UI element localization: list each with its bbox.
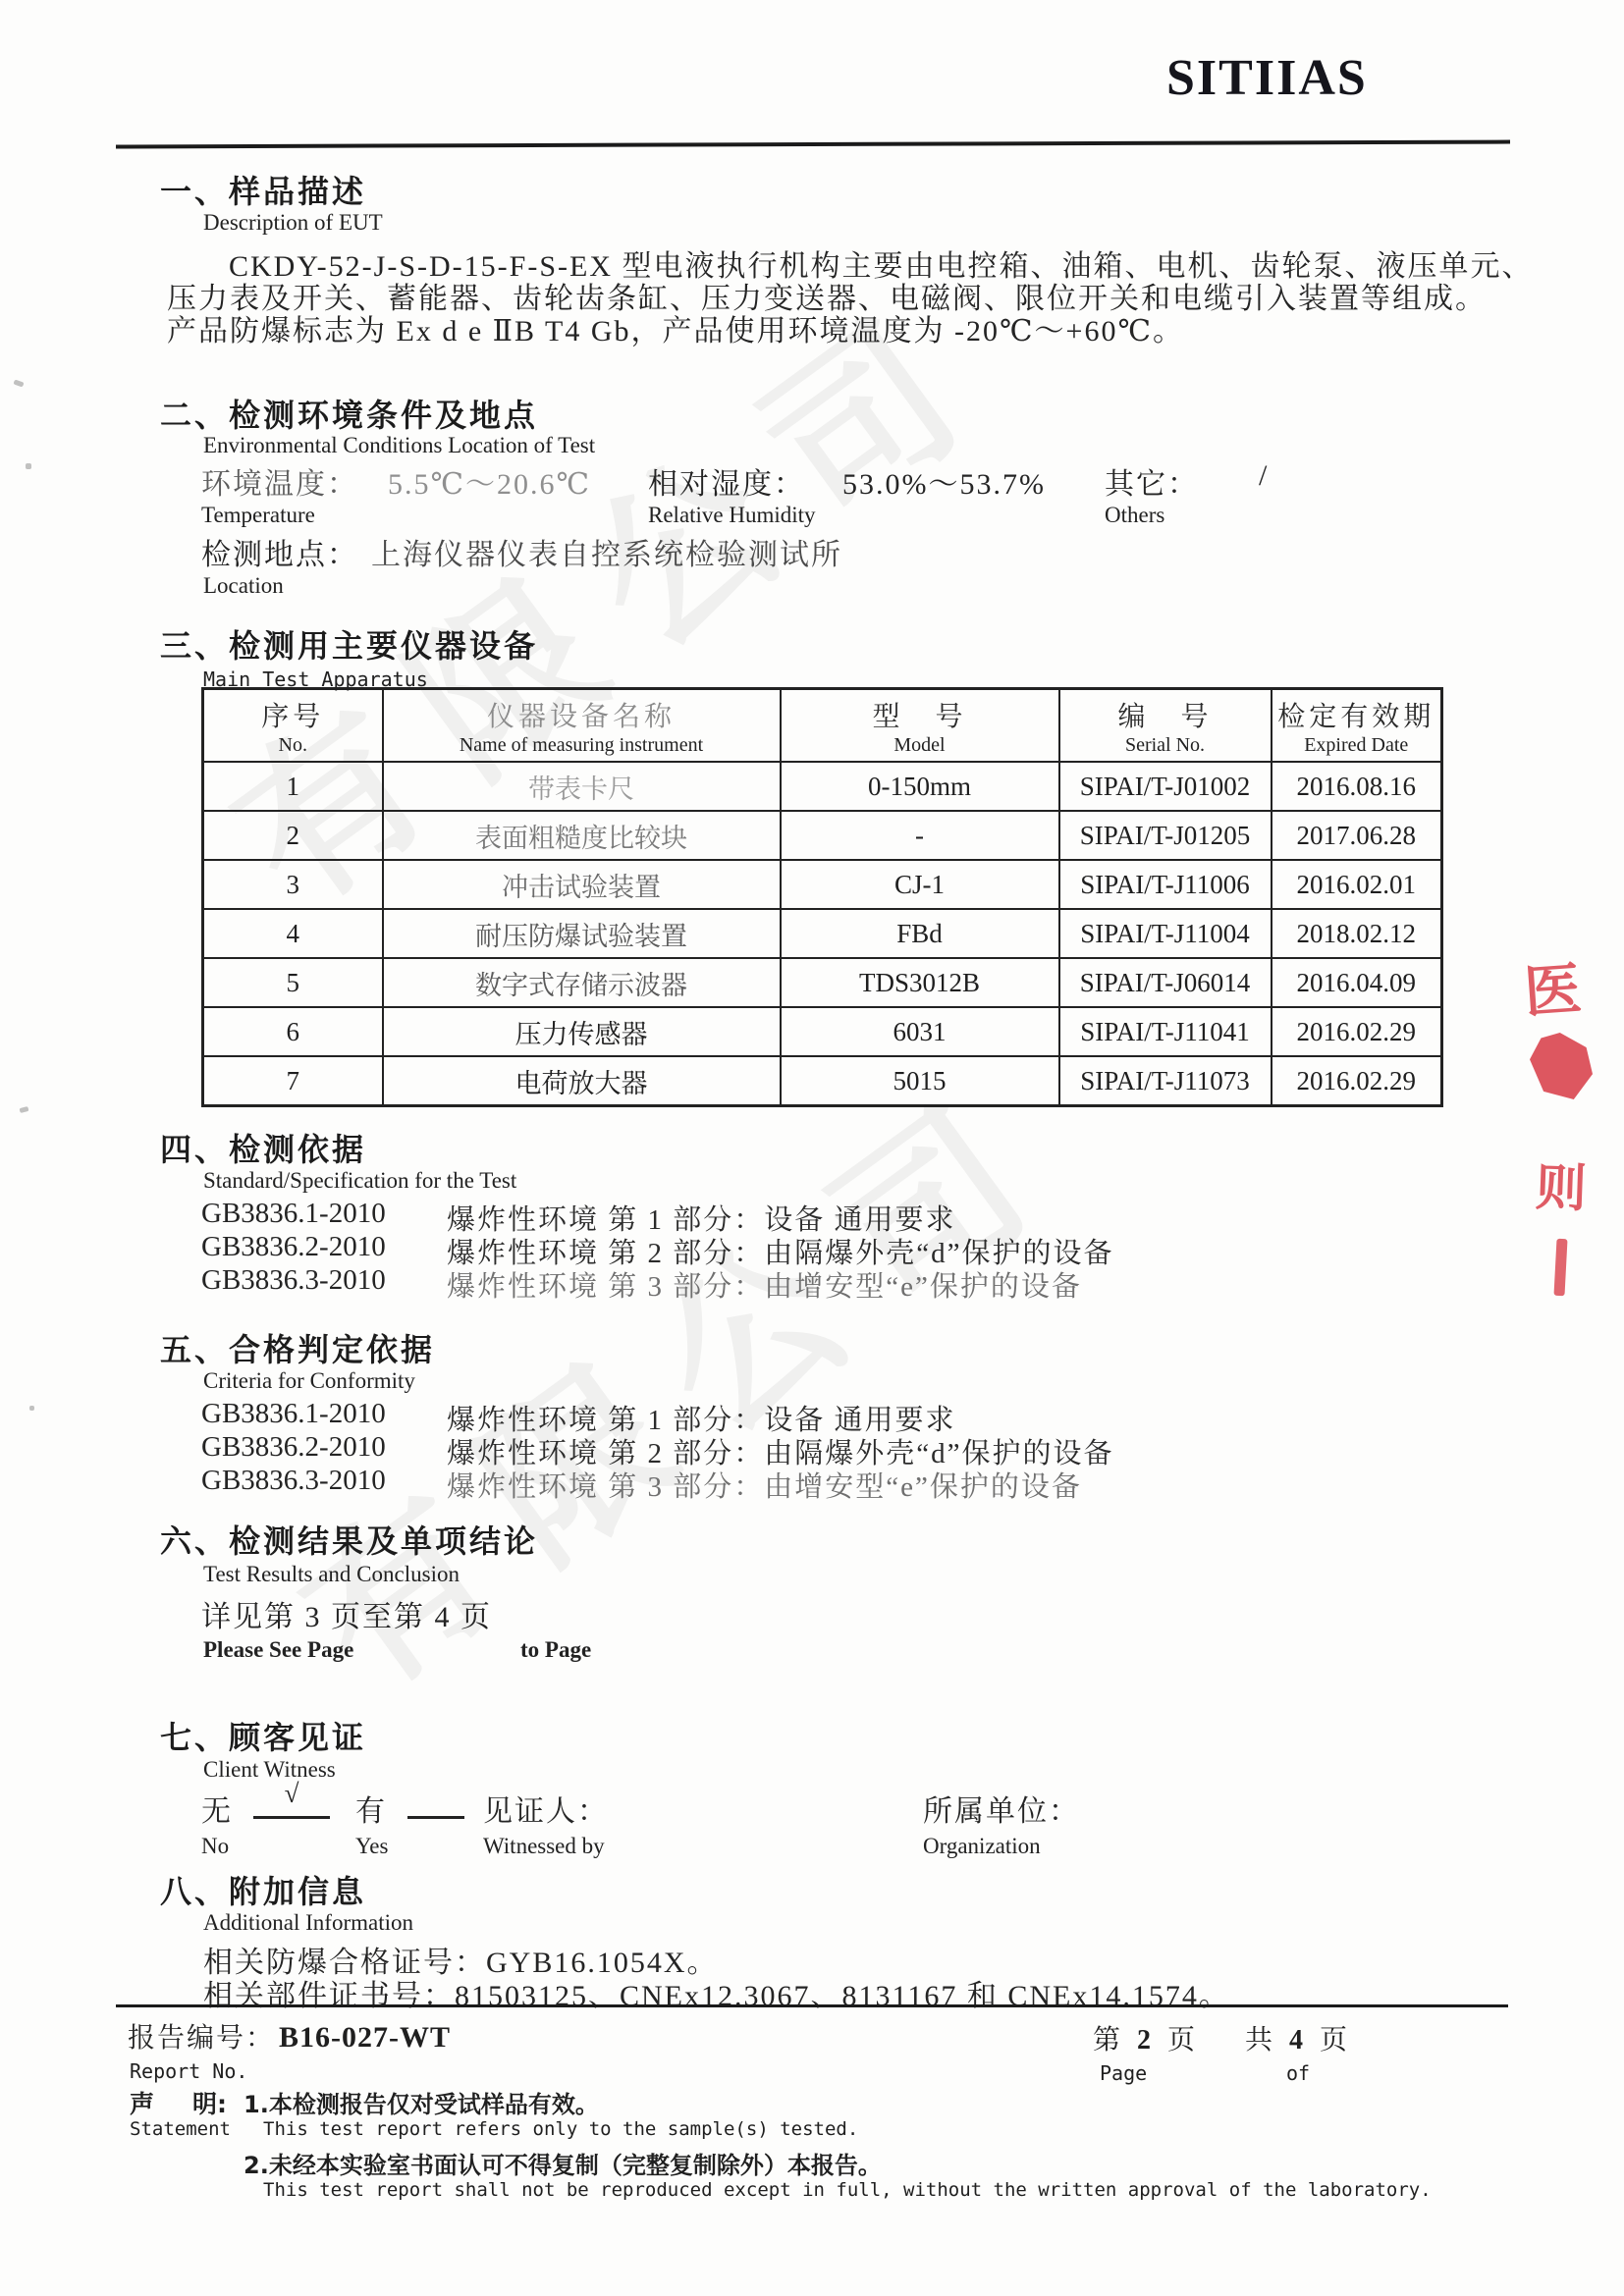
location-label-en: Location	[203, 573, 284, 599]
cell-name: 压力传感器	[383, 1007, 781, 1056]
cell-name: 冲击试验装置	[383, 860, 781, 909]
section-3-heading: 三、检测用主要仪器设备	[160, 621, 538, 667]
cell-model: CJ-1	[781, 860, 1059, 909]
others-value: /	[1259, 459, 1269, 493]
statement-item-2-en: This test report shall not be reproduced…	[263, 2179, 1432, 2201]
section-6-subtitle: Test Results and Conclusion	[203, 1562, 460, 1587]
cell-expired: 2017.06.28	[1272, 811, 1442, 860]
section-8-subtitle: Additional Information	[203, 1910, 413, 1936]
cell-no: 2	[203, 811, 383, 860]
red-stamp-blob	[1530, 1033, 1593, 1099]
cell-no: 3	[203, 860, 383, 909]
humidity-value: 53.0%～53.7%	[842, 459, 1046, 503]
section-2-subtitle: Environmental Conditions Location of Tes…	[203, 433, 595, 458]
page-indicator-of-en: of	[1286, 2061, 1310, 2085]
col-header-expired: 检定有效期Expired Date	[1272, 689, 1442, 763]
cell-name: 耐压防爆试验装置	[383, 909, 781, 958]
eut-description-line-3: 产品防爆标志为 Ex d e ⅡB T4 Gb，产品使用环境温度为 -20℃～+…	[167, 306, 1184, 349]
statement-label-en: Statement	[130, 2118, 231, 2140]
section-5-title: 合格判定依据	[229, 1331, 435, 1368]
page-number: 2	[1137, 2025, 1151, 2056]
criteria-desc: 爆炸性环境 第 3 部分：由增安型“e”保护的设备	[447, 1465, 1082, 1505]
col-header-no-zh: 序号	[204, 695, 382, 734]
section-6-title: 检测结果及单项结论	[229, 1522, 538, 1560]
report-number-line: 报告编号： B16-027-WT	[128, 2016, 451, 2056]
section-1-title: 样品描述	[229, 173, 366, 210]
table-row: 6 压力传感器 6031 SIPAI/T-J11041 2016.02.29	[203, 1007, 1442, 1056]
component-certificates-line: 相关部件证书号：81503125、CNEx12.3067、8131167 和 C…	[203, 1971, 1230, 2014]
table-row: 4 耐压防爆试验装置 FBd SIPAI/T-J11004 2018.02.12	[203, 909, 1442, 958]
statement-item-1-zh: 1.本检测报告仅对受试样品有效。	[244, 2085, 599, 2119]
col-header-expired-zh: 检定有效期	[1272, 695, 1441, 734]
section-1-subtitle: Description of EUT	[203, 210, 383, 236]
red-stamp-bar	[1553, 1239, 1567, 1296]
report-number-en: Report No.	[130, 2059, 247, 2083]
cell-model: 6031	[781, 1007, 1059, 1056]
cell-serial: SIPAI/T-J01002	[1059, 762, 1272, 811]
cell-serial: SIPAI/T-J11004	[1059, 909, 1272, 958]
standard-item: GB3836.3-2010 爆炸性环境 第 3 部分：由增安型“e”保护的设备	[201, 1264, 1082, 1305]
section-7-heading: 七、顾客见证	[160, 1713, 366, 1758]
witnessed-by-en: Witnessed by	[483, 1834, 605, 1859]
section-7-number: 七、	[160, 1719, 229, 1756]
standard-desc: 爆炸性环境 第 3 部分：由增安型“e”保护的设备	[447, 1264, 1082, 1305]
cell-expired: 2016.04.09	[1272, 958, 1442, 1007]
cell-expired: 2016.02.01	[1272, 860, 1442, 909]
table-row: 2 表面粗糙度比较块 - SIPAI/T-J01205 2017.06.28	[203, 811, 1442, 860]
section-8-number: 八、	[160, 1873, 229, 1910]
cell-serial: SIPAI/T-J06014	[1059, 958, 1272, 1007]
others-label: 其它：	[1105, 459, 1199, 503]
statement-label-zh-1: 声	[130, 2085, 154, 2120]
section-7-title: 顾客见证	[229, 1719, 366, 1756]
scan-speck	[29, 1406, 34, 1411]
cell-no: 5	[203, 958, 383, 1007]
section-4-subtitle: Standard/Specification for the Test	[203, 1168, 516, 1194]
cell-model: 5015	[781, 1056, 1059, 1106]
cell-name: 数字式存储示波器	[383, 958, 781, 1007]
table-row: 3 冲击试验装置 CJ-1 SIPAI/T-J11006 2016.02.01	[203, 860, 1442, 909]
location-label: 检测地点：	[201, 530, 358, 573]
table-row: 1 带表卡尺 0-150mm SIPAI/T-J01002 2016.08.16	[203, 762, 1442, 811]
report-number-value: B16-027-WT	[279, 2021, 451, 2054]
cell-no: 1	[203, 762, 383, 811]
col-header-no: 序号No.	[203, 689, 383, 763]
page-indicator-en: Page	[1100, 2061, 1147, 2085]
humidity-label: 相对湿度：	[648, 459, 805, 503]
apparatus-table: 序号No. 仪器设备名称Name of measuring instrument…	[201, 687, 1443, 1107]
cell-name: 带表卡尺	[383, 762, 781, 811]
section-1-heading: 一、样品描述	[160, 167, 366, 212]
total-label-zh-2: 页	[1320, 2025, 1347, 2056]
red-stamp-character: 医	[1521, 942, 1584, 1029]
criteria-item: GB3836.3-2010 爆炸性环境 第 3 部分：由增安型“e”保护的设备	[201, 1465, 1082, 1505]
standard-code: GB3836.3-2010	[201, 1264, 447, 1305]
col-header-no-en: No.	[204, 734, 382, 757]
scan-speck	[26, 463, 31, 469]
scan-speck	[20, 1106, 29, 1113]
section-2-heading: 二、检测环境条件及地点	[160, 391, 538, 436]
apparatus-header-row: 序号No. 仪器设备名称Name of measuring instrument…	[203, 689, 1442, 763]
criteria-code: GB3836.3-2010	[201, 1465, 447, 1505]
temperature-label: 环境温度：	[201, 459, 358, 503]
cell-expired: 2018.02.12	[1272, 909, 1442, 958]
cell-expired: 2016.02.29	[1272, 1056, 1442, 1106]
cell-name: 电荷放大器	[383, 1056, 781, 1106]
statement-item-2-zh: 2.未经本实验室书面认可不得复制（完整复制除外）本报告。	[244, 2146, 882, 2180]
table-row: 5 数字式存储示波器 TDS3012B SIPAI/T-J06014 2016.…	[203, 958, 1442, 1007]
total-label-zh: 共	[1245, 2025, 1272, 2056]
section-2-title: 检测环境条件及地点	[229, 397, 538, 434]
col-header-name: 仪器设备名称Name of measuring instrument	[383, 689, 781, 763]
cell-serial: SIPAI/T-J11006	[1059, 860, 1272, 909]
cell-expired: 2016.08.16	[1272, 762, 1442, 811]
organization-label: 所属单位：	[923, 1787, 1080, 1830]
temperature-label-en: Temperature	[201, 503, 315, 528]
col-header-serial-en: Serial No.	[1060, 734, 1271, 757]
statement-item-1-en: This test report refers only to the samp…	[263, 2118, 858, 2140]
cell-no: 4	[203, 909, 383, 958]
section-4-title: 检测依据	[229, 1131, 366, 1168]
cell-model: TDS3012B	[781, 958, 1059, 1007]
organization-en: Organization	[923, 1834, 1041, 1859]
section-5-number: 五、	[160, 1331, 229, 1368]
cell-no: 7	[203, 1056, 383, 1106]
witness-no-checkmark: √	[253, 1779, 330, 1819]
col-header-model-en: Model	[782, 734, 1058, 757]
section-1-number: 一、	[160, 173, 229, 210]
cell-no: 6	[203, 1007, 383, 1056]
scan-speck	[13, 379, 24, 387]
cell-name: 表面粗糙度比较块	[383, 811, 781, 860]
results-reference-line: 详见第 3 页至第 4 页	[201, 1592, 492, 1635]
page-label-zh-2: 页	[1167, 2025, 1195, 2056]
section-6-heading: 六、检测结果及单项结论	[160, 1517, 538, 1562]
section-8-title: 附加信息	[229, 1873, 366, 1910]
cell-model: 0-150mm	[781, 762, 1059, 811]
footer-rule	[116, 2004, 1508, 2007]
witness-no-label: 无	[201, 1787, 233, 1830]
section-5-subtitle: Criteria for Conformity	[203, 1368, 415, 1394]
lab-logo: SITIIAS	[1166, 49, 1368, 107]
section-8-heading: 八、附加信息	[160, 1867, 366, 1912]
page-indicator: 第 2 页 共 4 页	[1093, 2018, 1347, 2057]
cell-model: -	[781, 811, 1059, 860]
section-6-number: 六、	[160, 1522, 229, 1560]
witness-no-en: No	[201, 1834, 229, 1859]
section-5-heading: 五、合格判定依据	[160, 1325, 435, 1370]
section-3-number: 三、	[160, 627, 229, 665]
col-header-name-zh: 仪器设备名称	[384, 695, 780, 734]
results-reference-en-left: Please See Page	[203, 1637, 353, 1663]
report-number-label: 报告编号：	[128, 2023, 275, 2054]
red-stamp-character: 则	[1535, 1146, 1589, 1221]
col-header-model: 型 号Model	[781, 689, 1059, 763]
section-2-number: 二、	[160, 397, 229, 434]
header-rule	[116, 140, 1510, 149]
witness-yes-en: Yes	[355, 1834, 388, 1859]
cell-expired: 2016.02.29	[1272, 1007, 1442, 1056]
col-header-expired-en: Expired Date	[1272, 734, 1441, 757]
col-header-model-zh: 型 号	[782, 695, 1058, 734]
table-row: 7 电荷放大器 5015 SIPAI/T-J11073 2016.02.29	[203, 1056, 1442, 1106]
temperature-value: 5.5℃～20.6℃	[388, 459, 591, 503]
col-header-name-en: Name of measuring instrument	[384, 734, 780, 757]
others-label-en: Others	[1105, 503, 1164, 528]
witness-yes-blank	[407, 1779, 464, 1819]
col-header-serial: 编 号Serial No.	[1059, 689, 1272, 763]
witnessed-by-label: 见证人：	[483, 1787, 609, 1830]
humidity-label-en: Relative Humidity	[648, 503, 816, 528]
cell-model: FBd	[781, 909, 1059, 958]
col-header-serial-zh: 编 号	[1060, 695, 1271, 734]
section-4-number: 四、	[160, 1131, 229, 1168]
total-pages-number: 4	[1289, 2025, 1303, 2056]
cell-serial: SIPAI/T-J11073	[1059, 1056, 1272, 1106]
scanned-test-report-page: 有限公司 有限公司 SITIIAS 一、样品描述 Description of …	[0, 0, 1624, 2296]
statement-label-zh-2: 明:	[192, 2085, 227, 2120]
location-value: 上海仪器仪表自控系统检验测试所	[371, 530, 842, 573]
section-3-title: 检测用主要仪器设备	[229, 627, 538, 665]
section-4-heading: 四、检测依据	[160, 1125, 366, 1170]
cell-serial: SIPAI/T-J11041	[1059, 1007, 1272, 1056]
page-label-zh: 第	[1093, 2025, 1120, 2056]
results-reference-en-right: to Page	[520, 1637, 591, 1663]
witness-yes-label: 有	[355, 1787, 387, 1830]
cell-serial: SIPAI/T-J01205	[1059, 811, 1272, 860]
